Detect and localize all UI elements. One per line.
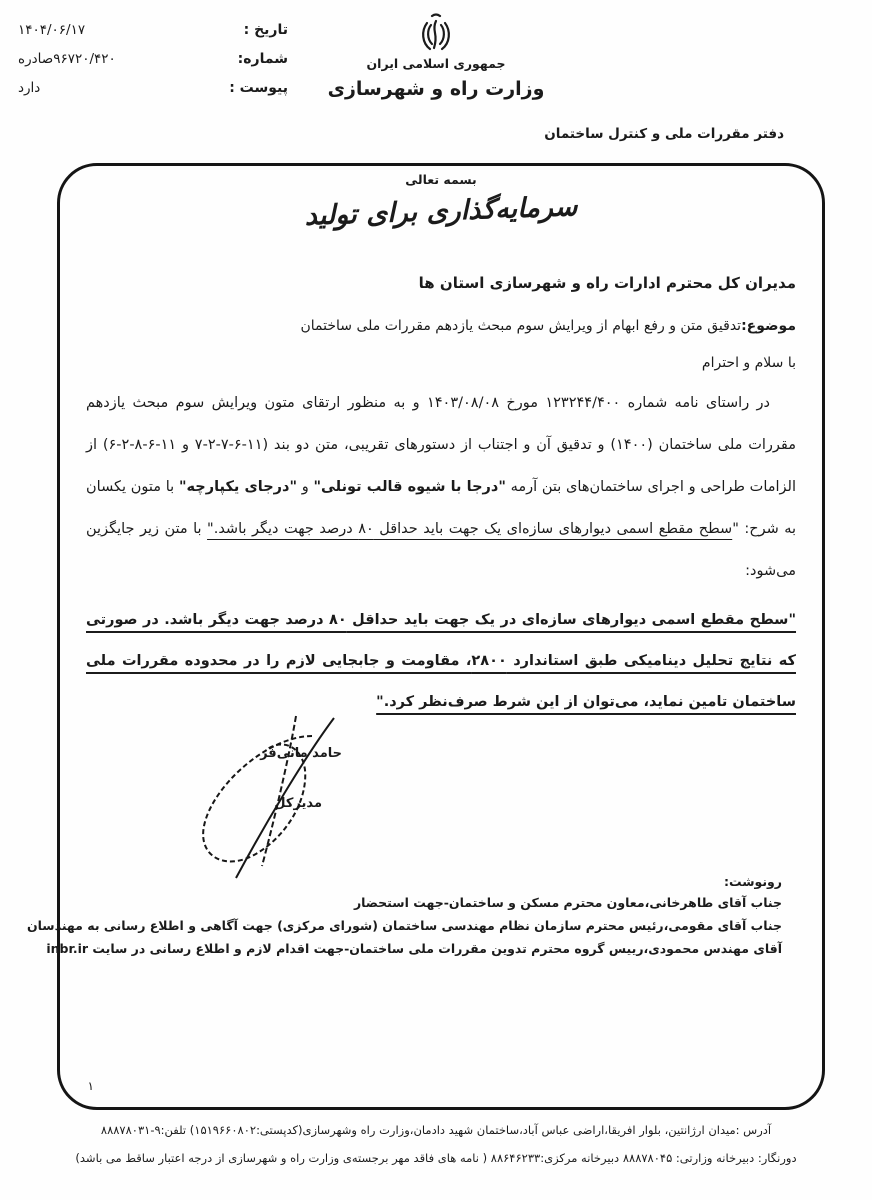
bismillah-text: بسمه تعالی — [60, 172, 822, 187]
p1-segment-4-bold: "درجای یکپارچه" — [179, 479, 297, 495]
date-label: تاریخ : — [216, 22, 288, 38]
ministry-title: وزارت راه و شهرسازی — [0, 78, 872, 100]
cc-section: رونوشت: جناب آقای طاهرخانی،معاون محترم م… — [90, 874, 782, 964]
date-value: ۱۴۰۴/۰۶/۱۷ — [18, 22, 216, 38]
year-slogan-calligraphy: سرمایه‌گذاری برای تولید — [60, 183, 823, 241]
cc-item-3-text: آقای مهندس محمودی،رییس گروه محترم تدوین … — [88, 941, 782, 956]
p1-segment-2-bold: "درجا با شیوه قالب تونلی" — [313, 479, 505, 495]
p1-segment-6-underlined: سطح مقطع اسمی دیوارهای سازه‌ای یک جهت با… — [207, 521, 732, 537]
footer-fax-line: دورنگار: دبیرخانه وزارتی: ۸۸۸۷۸۰۴۵ دبیرخ… — [0, 1144, 872, 1172]
cc-label: رونوشت: — [90, 874, 782, 889]
salutation-line: با سلام و احترام — [702, 355, 796, 371]
letter-border-box: بسمه تعالی سرمایه‌گذاری برای تولید مدیرا… — [57, 163, 825, 1110]
p1-segment-3: و — [297, 479, 313, 495]
body-paragraph-1: در راستای نامه شماره ۱۲۳۲۴۴/۴۰۰ مورخ ۱۴۰… — [86, 382, 796, 592]
iran-emblem-icon — [419, 12, 453, 60]
signature-block: حامد مانی‌فر مدیرکل — [132, 714, 382, 894]
footer-address-line: آدرس :میدان ارژانتین، بلوار افریقا،اراضی… — [0, 1116, 872, 1144]
letter-body: در راستای نامه شماره ۱۲۳۲۴۴/۴۰۰ مورخ ۱۴۰… — [86, 382, 796, 723]
page-number: ۱ — [88, 1079, 94, 1093]
country-title: جمهوری اسلامی ایران — [0, 56, 872, 71]
body-paragraph-2-replacement-clause: "سطح مقطع اسمی دیوارهای سازه‌ای در یک جه… — [86, 600, 796, 723]
subject-label: موضوع: — [741, 318, 796, 334]
subject-line: موضوع:تدقیق متن و رفع ابهام از ویرایش سو… — [301, 318, 797, 334]
scanned-letter-page: تاریخ : ۱۴۰۴/۰۶/۱۷ شماره: ۹۶۷۲۰/۴۲۰صادره… — [0, 0, 872, 1200]
cc-item-3-website: inbr.ir — [46, 941, 88, 956]
letterhead-footer: آدرس :میدان ارژانتین، بلوار افریقا،اراضی… — [0, 1116, 872, 1172]
cc-item-2: جناب آقای مقومی،رئیس محترم سازمان نظام م… — [90, 918, 782, 933]
recipient-line: مدیران کل محترم ادارات راه و شهرسازی است… — [419, 274, 796, 292]
cc-item-1: جناب آقای طاهرخانی،معاون محترم مسکن و سا… — [90, 895, 782, 910]
subject-text: تدقیق متن و رفع ابهام از ویرایش سوم مبحث… — [301, 318, 742, 334]
office-title: دفتر مقررات ملی و کنترل ساختمان — [544, 126, 784, 142]
signature-scribble-icon — [172, 714, 382, 888]
meta-row-date: تاریخ : ۱۴۰۴/۰۶/۱۷ — [18, 22, 288, 38]
cc-item-3: آقای مهندس محمودی،رییس گروه محترم تدوین … — [90, 941, 782, 956]
